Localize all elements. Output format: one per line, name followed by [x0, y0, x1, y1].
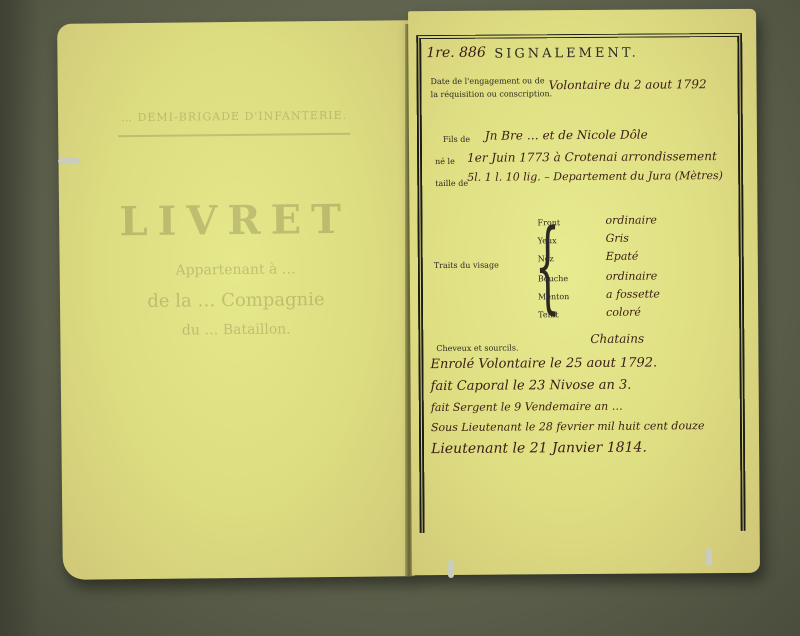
display-clip: [706, 548, 712, 566]
date-label-line: la réquisition ou conscription.: [431, 87, 553, 101]
ghost-header: … DEMI-BRIGADE D'INFANTERIE.: [58, 108, 410, 125]
fils-value: Jn Bre … et de Nicole Dôle: [485, 128, 648, 143]
feature-value: coloré: [606, 306, 641, 319]
traits-label: Traits du visage: [434, 261, 499, 270]
ghost-line: du … Bataillon.: [60, 320, 412, 340]
date-label-line: Date de l'engagement ou de: [430, 74, 552, 88]
service-line: Lieutenant le 21 Janvier 1814.: [431, 440, 647, 458]
display-clip: [448, 560, 454, 578]
page-title: SIGNALEMENT.: [494, 46, 638, 62]
feature-value: ordinaire: [606, 269, 657, 282]
fils-label: Fils de: [443, 135, 470, 144]
height-value: 5l. 1 l. 10 lig. – Departement du Jura (…: [467, 169, 723, 184]
hair-value: Chatains: [590, 332, 644, 346]
feature-value: a fossette: [606, 287, 660, 300]
feature-label: Yeux: [538, 236, 557, 245]
date-value: Volontaire du 2 aout 1792: [549, 77, 707, 92]
left-page: … DEMI-BRIGADE D'INFANTERIE. LIVRET Appa…: [57, 20, 415, 580]
feature-label: Nez: [538, 254, 554, 263]
birth-label: né le: [435, 157, 455, 166]
hair-label: Cheveux et sourcils.: [436, 343, 518, 353]
service-line: fait Caporal le 23 Nivose an 3.: [431, 378, 632, 394]
date-label: Date de l'engagement ou de la réquisitio…: [430, 74, 552, 101]
feature-label: Bouche: [538, 274, 568, 283]
right-page: 1re. 886 SIGNALEMENT. Date de l'engageme…: [408, 9, 760, 575]
birth-value: 1er Juin 1773 à Crotenai arrondissement: [467, 149, 717, 165]
ghost-line: Appartenant à …: [60, 260, 412, 280]
feature-value: ordinaire: [605, 213, 656, 226]
feature-value: Epaté: [606, 250, 639, 263]
feature-label: Menton: [538, 292, 569, 301]
ghost-line: de la … Compagnie: [60, 288, 412, 313]
height-label: taille de: [435, 179, 468, 188]
page-border: [416, 33, 745, 533]
service-line: Sous Lieutenant le 28 fevrier mil huit c…: [431, 419, 705, 434]
display-clip: [58, 158, 80, 164]
ghost-rule: [118, 133, 350, 137]
background-shadow: [0, 0, 40, 636]
feature-label: Teint: [538, 310, 558, 319]
ghost-title: LIVRET: [59, 195, 411, 246]
register-number: 1re. 886: [426, 45, 486, 61]
feature-label: Front: [537, 218, 560, 227]
service-line: fait Sergent le 9 Vendemaire an …: [431, 400, 623, 414]
feature-value: Gris: [606, 232, 629, 245]
service-line: Enrolé Volontaire le 25 aout 1792.: [430, 355, 657, 372]
